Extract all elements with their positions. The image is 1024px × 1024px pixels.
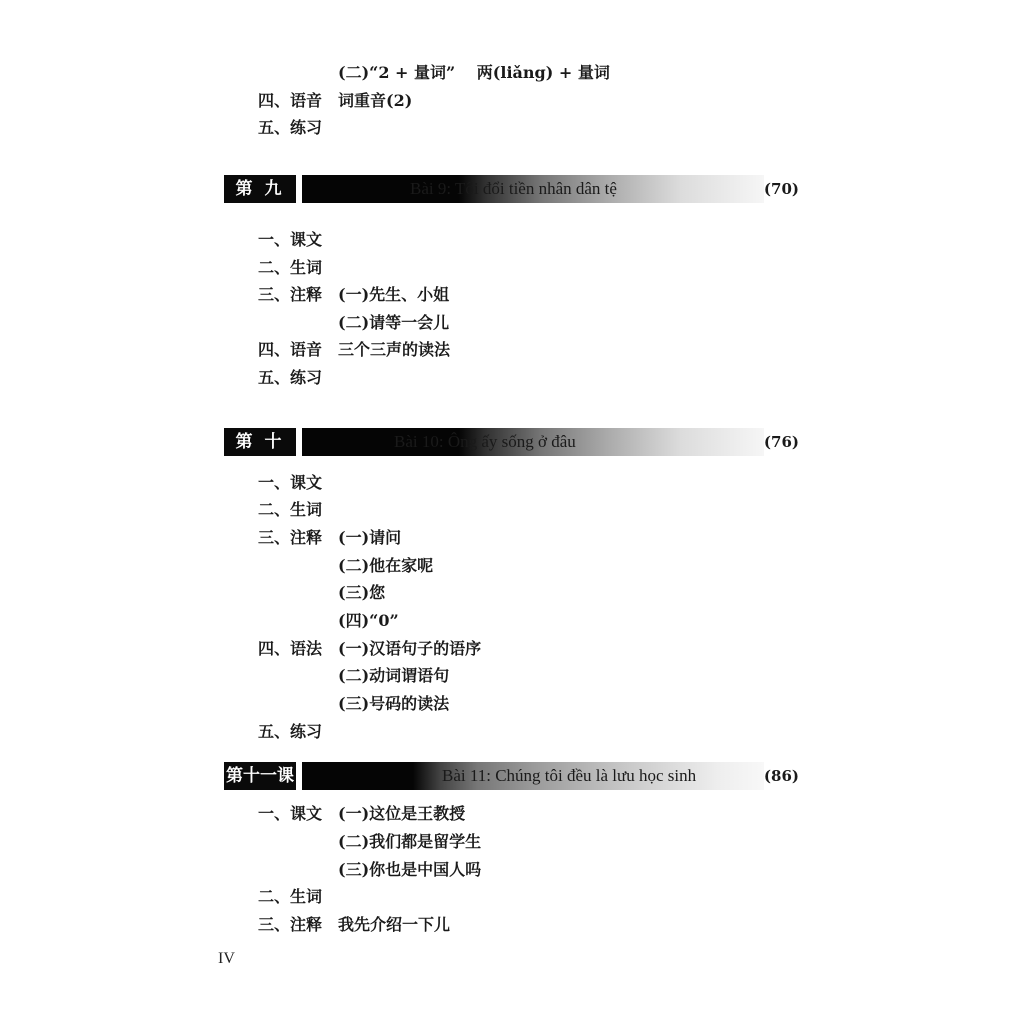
toc-section-label: 四、语音 bbox=[258, 340, 322, 360]
toc-subitem: 词重音(2) bbox=[338, 91, 412, 111]
toc-subitem: (二)动词谓语句 bbox=[338, 666, 449, 686]
lesson-number: 第十一课 bbox=[224, 762, 296, 790]
toc-subitem: (二)我们都是留学生 bbox=[338, 832, 481, 852]
lesson-title: Bài 9: Tôi đổi tiền nhân dân tệ bbox=[410, 175, 617, 203]
toc-subitem: (三)号码的读法 bbox=[338, 694, 449, 714]
toc-subitem: (一)汉语句子的语序 bbox=[338, 639, 481, 659]
toc-section-label: 四、语法 bbox=[258, 639, 322, 659]
toc-section: 五、练习 bbox=[258, 722, 322, 742]
lesson-10-header: 第 十 课 Bài 10: Ông ấy sống ở đâu (76) bbox=[224, 428, 799, 456]
toc-section-label: 三、注释 bbox=[258, 285, 322, 305]
toc-section: 一、课文 bbox=[258, 473, 322, 493]
toc-subitem: (二)他在家呢 bbox=[338, 556, 433, 576]
toc-section-label: 五、练习 bbox=[258, 118, 322, 138]
toc-section-label: 三、注释 bbox=[258, 528, 322, 548]
toc-subitem: 三个三声的读法 bbox=[338, 340, 450, 360]
page-number: IV bbox=[218, 950, 235, 968]
toc-subitem: (一)请问 bbox=[338, 528, 401, 548]
toc-section-label: 一、课文 bbox=[258, 804, 322, 824]
toc-section: 二、生词 bbox=[258, 887, 322, 907]
lesson-title: Bài 10: Ông ấy sống ở đâu bbox=[394, 428, 576, 456]
page-ref: (70) bbox=[764, 175, 799, 203]
page-ref: (76) bbox=[764, 428, 799, 456]
toc-section: 二、生词 bbox=[258, 258, 322, 278]
toc-subitem: (三)你也是中国人吗 bbox=[338, 860, 481, 880]
lesson-11-header: 第十一课 Bài 11: Chúng tôi đều là lưu học si… bbox=[224, 762, 799, 790]
toc-section-label: 四、语音 bbox=[258, 91, 322, 111]
toc-section: 一、课文 bbox=[258, 230, 322, 250]
toc-subitem: (三)您 bbox=[338, 583, 385, 603]
lesson-title: Bài 11: Chúng tôi đều là lưu học sinh bbox=[442, 762, 696, 790]
toc-subitem: 我先介绍一下儿 bbox=[338, 915, 450, 935]
toc-subitem: (四)“0” bbox=[338, 611, 399, 631]
toc-section-label: 三、注释 bbox=[258, 915, 322, 935]
toc-section: 二、生词 bbox=[258, 500, 322, 520]
lesson-number: 第 九 课 bbox=[224, 175, 296, 203]
toc-subitem: (一)先生、小姐 bbox=[338, 285, 449, 305]
page-ref: (86) bbox=[764, 762, 799, 790]
toc-subitem: (二)“2 + 量词” 两(liǎng) + 量词 bbox=[338, 63, 610, 83]
lesson-9-header: 第 九 课 Bài 9: Tôi đổi tiền nhân dân tệ (7… bbox=[224, 175, 799, 203]
lesson-number: 第 十 课 bbox=[224, 428, 296, 456]
toc-section: 五、练习 bbox=[258, 368, 322, 388]
toc-subitem: (一)这位是王教授 bbox=[338, 804, 465, 824]
toc-subitem: (二)请等一会儿 bbox=[338, 313, 449, 333]
